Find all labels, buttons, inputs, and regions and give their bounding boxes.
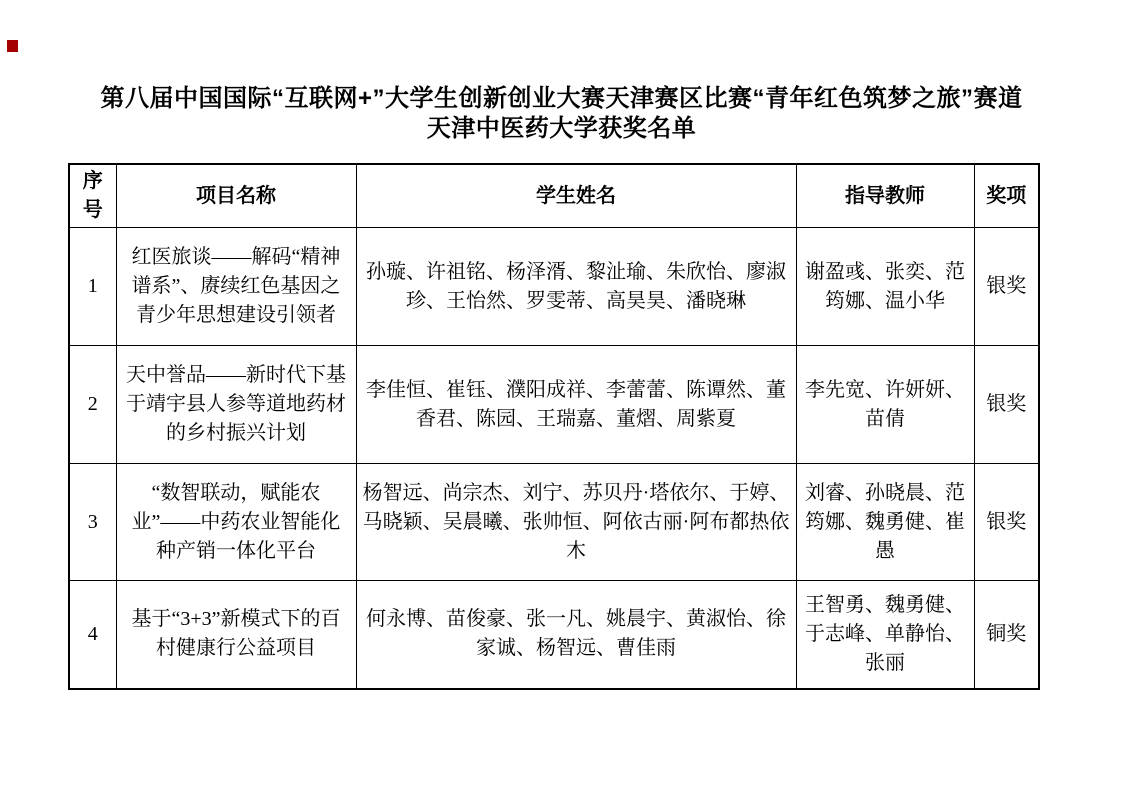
advisors-cell: 王智勇、魏勇健、于志峰、单静怡、张丽 — [796, 581, 974, 689]
project-name-cell: 基于“3+3”新模式下的百村健康行公益项目 — [116, 581, 356, 689]
document-title: 第八届中国国际“互联网+”大学生创新创业大赛天津赛区比赛“青年红色筑梦之旅”赛道… — [0, 84, 1123, 144]
red-stamp-marker — [7, 40, 18, 52]
student-names-cell: 杨智远、尚宗杰、刘宁、苏贝丹·塔依尔、于婷、马晓颖、吴晨曦、张帅恒、阿依古丽·阿… — [356, 464, 796, 581]
project-name-cell: “数智联动，赋能农业”——中药农业智能化种产销一体化平台 — [116, 464, 356, 581]
advisors-cell: 李先宽、许妍妍、苗倩 — [796, 346, 974, 464]
table-row: 3 “数智联动，赋能农业”——中药农业智能化种产销一体化平台 杨智远、尚宗杰、刘… — [69, 464, 1039, 581]
header-cell-teachers: 指导教师 — [796, 164, 974, 228]
student-names-cell: 李佳恒、崔钰、濮阳成祥、李蕾蕾、陈谭然、董香君、陈园、王瑞嘉、董熠、周紫夏 — [356, 346, 796, 464]
header-cell-no: 序号 — [69, 164, 116, 228]
project-name-cell: 红医旅谈——解码“精神谱系”、赓续红色基因之青少年思想建设引领者 — [116, 228, 356, 346]
award-cell: 银奖 — [974, 228, 1039, 346]
header-cell-award: 奖项 — [974, 164, 1039, 228]
table-row: 1 红医旅谈——解码“精神谱系”、赓续红色基因之青少年思想建设引领者 孙璇、许祖… — [69, 228, 1039, 346]
document-page: { "page": { "background": "#ffffff", "ma… — [0, 0, 1123, 794]
row-number-cell: 2 — [69, 346, 116, 464]
table-row: 2 天中誉品——新时代下基于靖宇县人参等道地药材的乡村振兴计划 李佳恒、崔钰、濮… — [69, 346, 1039, 464]
award-cell: 银奖 — [974, 464, 1039, 581]
row-number-cell: 4 — [69, 581, 116, 689]
awards-table: 序号 项目名称 学生姓名 指导教师 奖项 1 红医旅谈——解码“精神谱系”、赓续… — [68, 163, 1040, 690]
student-names-cell: 孙璇、许祖铭、杨泽湑、黎沚瑜、朱欣怡、廖淑珍、王怡然、罗雯蒂、高昊昊、潘晓琳 — [356, 228, 796, 346]
header-cell-students: 学生姓名 — [356, 164, 796, 228]
project-name-cell: 天中誉品——新时代下基于靖宇县人参等道地药材的乡村振兴计划 — [116, 346, 356, 464]
award-cell: 铜奖 — [974, 581, 1039, 689]
student-names-cell: 何永博、苗俊豪、张一凡、姚晨宇、黄淑怡、徐家诚、杨智远、曹佳雨 — [356, 581, 796, 689]
title-line-2: 天津中医药大学获奖名单 — [0, 114, 1123, 144]
advisors-cell: 谢盈彧、张奕、范筠娜、温小华 — [796, 228, 974, 346]
row-number-cell: 1 — [69, 228, 116, 346]
header-cell-project: 项目名称 — [116, 164, 356, 228]
row-number-cell: 3 — [69, 464, 116, 581]
table-header-row: 序号 项目名称 学生姓名 指导教师 奖项 — [69, 164, 1039, 228]
advisors-cell: 刘睿、孙晓晨、范筠娜、魏勇健、崔愚 — [796, 464, 974, 581]
title-line-1: 第八届中国国际“互联网+”大学生创新创业大赛天津赛区比赛“青年红色筑梦之旅”赛道 — [0, 84, 1123, 114]
award-cell: 银奖 — [974, 346, 1039, 464]
awards-table-container: 序号 项目名称 学生姓名 指导教师 奖项 1 红医旅谈——解码“精神谱系”、赓续… — [68, 163, 1040, 690]
table-row: 4 基于“3+3”新模式下的百村健康行公益项目 何永博、苗俊豪、张一凡、姚晨宇、… — [69, 581, 1039, 689]
